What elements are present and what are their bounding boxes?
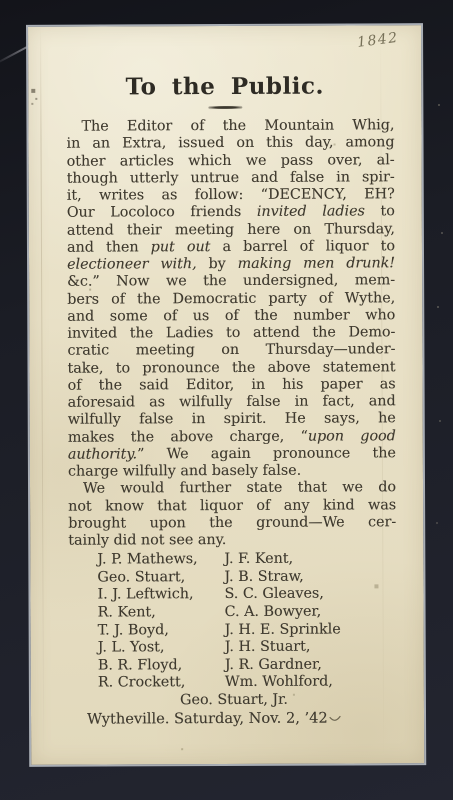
body-line-segment: by <box>197 256 238 272</box>
body-line-segment: it, writes as follow: “DECENCY, EH? <box>67 186 395 203</box>
body-line: and then put out a barrel of liquor to <box>67 238 395 257</box>
signature-row: Geo. Stuart,J. B. Straw, <box>97 568 423 587</box>
body-line: makes the above charge, “upon good <box>68 428 396 447</box>
paper-crease-left <box>40 27 44 765</box>
body-line: charge wilfully and basely false. <box>68 462 396 481</box>
body-line: Our Locoloco friends invited ladies to <box>67 204 395 223</box>
signature-name-left: B. R. Floyd, <box>98 657 225 675</box>
signature-name-left: I. J. Leftwich, <box>97 586 224 604</box>
body-line-segment: brought upon the ground—We cer- <box>68 514 396 531</box>
body-line-italic-segment: authority. <box>68 446 137 462</box>
body-line-segment: makes the above charge, “ <box>68 428 308 445</box>
dateline: Wytheville. Saturday, Nov. 2, ’42 <box>87 709 424 728</box>
body-line: &c.” Now we the undersigned, mem- <box>67 273 395 292</box>
body-line-segment: ” We again pronounce the <box>137 445 396 462</box>
page-title: To the Public. <box>28 72 421 101</box>
body-line: attend their meeting here on Thursday, <box>67 221 395 240</box>
paper-specks <box>28 27 30 29</box>
body-line: We would further state that we do <box>68 480 396 499</box>
body-line-segment: a barrel of liquor to <box>210 238 395 255</box>
broadside-paper: 1842 To the Public. The Editor of the Mo… <box>26 23 426 767</box>
body-line: take, to pronounce the above statement <box>67 359 395 378</box>
body-line-segment: Our Locoloco friends <box>67 204 257 221</box>
body-line-italic-segment: electioneer with, <box>67 256 197 273</box>
body-line-segment: tainly did not see any. <box>68 532 226 549</box>
body-line-segment: We would further state that we do <box>83 480 396 497</box>
signature-name-left: J. P. Mathews, <box>97 551 224 569</box>
body-text: The Editor of the Mountain Whig,in an Ex… <box>66 117 396 550</box>
body-line: authority.” We again pronounce the <box>68 445 396 464</box>
body-line-segment: bers of the Democratic party of Wythe, <box>67 290 395 307</box>
body-line-segment: and some of us of the number who <box>67 307 395 324</box>
body-line-italic-segment: making men drunk! <box>238 255 396 272</box>
body-line-segment: charge wilfully and basely false. <box>68 463 301 480</box>
body-line-segment: of the said Editor, in his paper as <box>68 376 396 393</box>
body-line-segment: invited the Ladies to attend the Demo- <box>67 324 395 341</box>
body-line: of the said Editor, in his paper as <box>68 376 396 395</box>
signature-centered: Geo. Stuart, Jr. <box>69 691 399 710</box>
signature-name-right: J. H. Stuart, <box>225 639 311 655</box>
signature-name-left: T. J. Boyd, <box>98 622 225 640</box>
body-line-segment: cratic meeting on Thursday—under- <box>67 342 395 359</box>
signature-list: J. P. Mathews,J. F. Kent,Geo. Stuart,J. … <box>97 550 424 692</box>
body-line-segment: aforesaid as wilfully false in fact, and <box>68 393 396 410</box>
signature-name-right: J. R. Gardner, <box>225 656 322 672</box>
body-line-segment: though utterly untrue and false in spir- <box>67 169 395 186</box>
body-line: and some of us of the number who <box>67 307 395 326</box>
body-line: The Editor of the Mountain Whig, <box>66 117 394 136</box>
body-line: brought upon the ground—We cer- <box>68 514 396 533</box>
signature-row: I. J. Leftwich,S. C. Gleaves, <box>97 586 423 605</box>
handwritten-flourish-icon <box>329 714 341 724</box>
body-line: bers of the Democratic party of Wythe, <box>67 290 395 309</box>
body-line: invited the Ladies to attend the Demo- <box>67 324 395 343</box>
signature-row: B. R. Floyd,J. R. Gardner, <box>98 656 424 675</box>
body-line: electioneer with, by making men drunk! <box>67 255 395 274</box>
title-rule <box>208 106 242 109</box>
signature-row: R. Kent,C. A. Bowyer, <box>98 603 424 622</box>
signature-name-right: S. C. Gleaves, <box>224 586 323 602</box>
body-line-segment: wilfully false in spirit. He says, he <box>68 411 396 428</box>
background-specks <box>0 0 2 2</box>
body-line: in an Extra, issued on this day, among <box>66 135 394 154</box>
signature-row: R. Crockett,Wm. Wohlford, <box>98 674 424 693</box>
handwritten-year: 1842 <box>357 30 400 51</box>
body-line-italic-segment: invited ladies <box>257 204 365 220</box>
body-line-segment: take, to pronounce the above statement <box>67 359 395 376</box>
body-line: other articles which we pass over, al- <box>67 152 395 171</box>
body-line: not know that liquor of any kind was <box>68 497 396 516</box>
body-line: aforesaid as wilfully false in fact, and <box>68 393 396 412</box>
body-line-segment: attend their meeting here on Thursday, <box>67 221 395 238</box>
body-line-segment: and then <box>67 239 151 255</box>
body-line: it, writes as follow: “DECENCY, EH? <box>67 186 395 205</box>
dateline-text: Wytheville. Saturday, Nov. 2, ’42 <box>87 709 328 727</box>
scan-background: 1842 To the Public. The Editor of the Mo… <box>0 0 453 800</box>
signature-name-right: Wm. Wohlford, <box>225 674 333 690</box>
signature-name-left: J. L. Yost, <box>98 639 225 657</box>
signature-name-left: R. Crockett, <box>98 674 225 692</box>
signature-name-right: J. F. Kent, <box>224 551 293 567</box>
body-line-segment: The Editor of the Mountain Whig, <box>81 117 394 134</box>
body-line: though utterly untrue and false in spir- <box>67 169 395 188</box>
body-line: wilfully false in spirit. He says, he <box>68 411 396 430</box>
signature-row: J. L. Yost,J. H. Stuart, <box>98 638 424 657</box>
body-line-segment: in an Extra, issued on this day, among <box>66 135 394 152</box>
body-line-segment: not know that liquor of any kind was <box>68 497 396 514</box>
signature-name-left: R. Kent, <box>98 604 225 622</box>
signature-name-right: J. H. E. Sprinkle <box>225 621 341 638</box>
signature-name-right: J. B. Straw, <box>224 569 303 585</box>
signature-name-left: Geo. Stuart, <box>97 569 224 587</box>
body-line: cratic meeting on Thursday—under- <box>67 342 395 361</box>
signature-row: T. J. Boyd,J. H. E. Sprinkle <box>98 621 424 640</box>
signature-row: J. P. Mathews,J. F. Kent, <box>97 550 423 569</box>
body-line-segment: &c.” Now we the undersigned, mem- <box>67 273 395 290</box>
signature-name-right: C. A. Bowyer, <box>225 604 322 620</box>
body-line-segment: other articles which we pass over, al- <box>67 152 395 169</box>
body-line: tainly did not see any. <box>68 531 396 550</box>
body-line-italic-segment: put out <box>151 239 211 255</box>
